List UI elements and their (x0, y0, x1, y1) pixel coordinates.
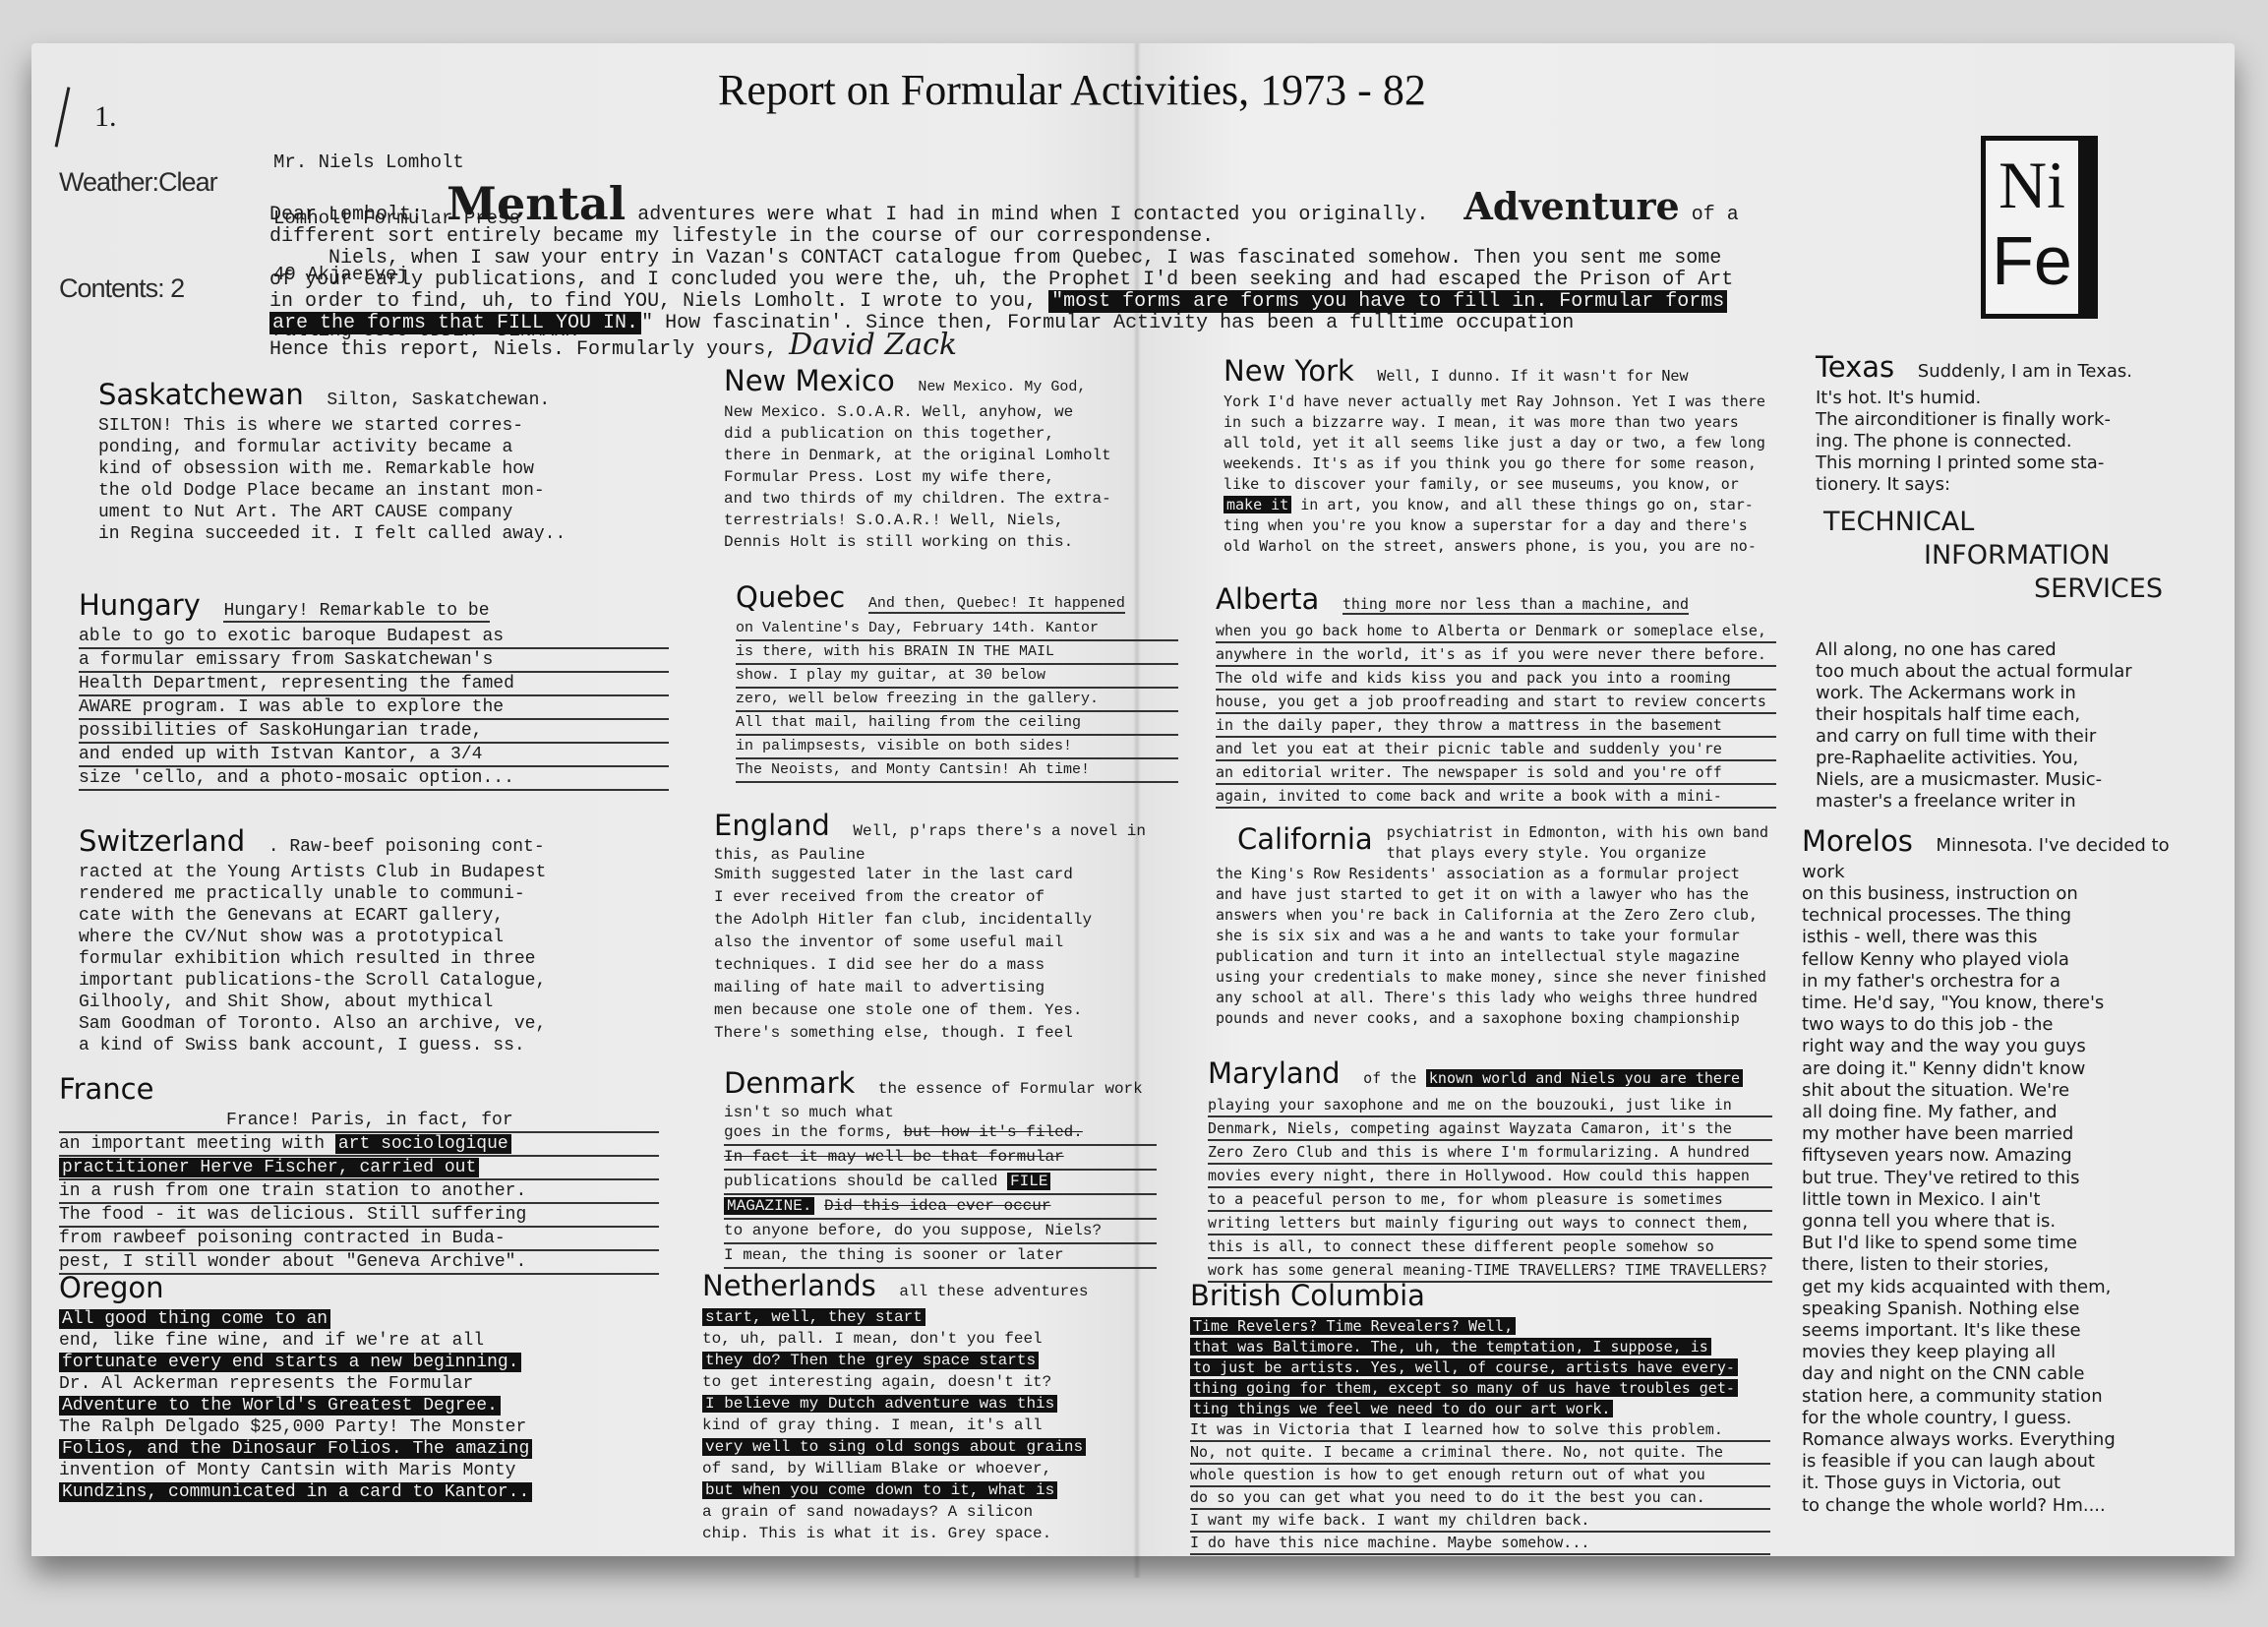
text-line: men because one stole one of them. Yes. (714, 999, 1147, 1022)
text-line: using your credentials to make money, si… (1216, 967, 1776, 988)
text-line: time. He'd say, "You know, there's (1802, 993, 2205, 1014)
section-switzerland: Switzerland . Raw-beef poisoning cont- r… (79, 824, 669, 1056)
highlighted-text: to just be artists. Yes, well, of course… (1190, 1358, 1738, 1376)
text-line: kind of obsession with me. Remarkable ho… (98, 458, 688, 480)
text-line: gonna tell you where that is. (1802, 1211, 2205, 1233)
section-body: able to go to exotic baroque Budapest as… (79, 626, 669, 791)
section-maryland: Maryland of the known world and Niels yo… (1208, 1056, 1772, 1283)
text-line: two ways to do this job - the (1802, 1014, 2205, 1036)
section-france: France France! Paris, in fact, for an im… (59, 1072, 659, 1275)
highlighted-text: they do? Then the grey space starts (702, 1352, 1039, 1369)
text-line: size 'cello, and a photo-mosaic option..… (79, 767, 669, 791)
text-line: Sam Goodman of Toronto. Also an archive,… (79, 1013, 669, 1035)
section-new-york: New York Well, I dunno. If it wasn't for… (1224, 354, 1774, 557)
section-body: Smith suggested later in the last cardI … (714, 864, 1147, 1045)
text-line: But I'd like to spend some time (1802, 1233, 2205, 1254)
section-alberta: Alberta thing more nor less than a machi… (1216, 582, 1776, 809)
text-line: speaking Spanish. Nothing else (1802, 1298, 2205, 1320)
text-line: is feasible if you can laugh about (1802, 1451, 2205, 1473)
text-line: there, listen to their stories, (1802, 1254, 2205, 1276)
section-heading: Saskatchewan (98, 378, 304, 411)
text-line: techniques. I did see her do a mass (714, 954, 1147, 977)
text-line: all told, yet it all seems like just a d… (1224, 433, 1774, 453)
section-lead: of the (1363, 1069, 1416, 1087)
highlighted-text: I believe my Dutch adventure was this (702, 1395, 1057, 1413)
highlighted-text: make it (1224, 496, 1291, 513)
section-california: California psychiatrist in Edmonton, wit… (1216, 822, 1776, 1029)
stationery-line: TECHNICAL (1816, 506, 2209, 539)
text-line: end, like fine wine, and if we're at all (59, 1331, 484, 1351)
text-line: chip. This is what it is. Grey space. (702, 1525, 1051, 1542)
text-line: ing. The phone is connected. (1816, 431, 2209, 452)
text-line: for the whole country, I guess. (1802, 1408, 2205, 1429)
letter-line: adventures were what I had in mind when … (637, 204, 1428, 226)
text-line: my mother have been married (1802, 1123, 2205, 1145)
text-line: in such a bizzarre way. I mean, it was m… (1224, 412, 1774, 433)
text-line: and carry on full time with their (1816, 726, 2209, 748)
section-heading: California (1237, 822, 1373, 856)
letter-closing: Hence this report, Niels. Formularly you… (269, 338, 777, 361)
text-line: right way and the way you guys (1802, 1036, 2205, 1057)
text-line: this is all, to connect these different … (1208, 1235, 1772, 1259)
text-line: It was in Victoria that I learned how to… (1190, 1419, 1770, 1442)
struck-text: In fact it may well be that formular (724, 1146, 1157, 1171)
section-body: SILTON! This is where we started corres-… (98, 415, 688, 545)
highlighted-text: Adventure to the World's Greatest Degree… (59, 1396, 501, 1416)
section-body: All good thing come to anend, like fine … (59, 1308, 649, 1503)
text-line: an important meeting with (59, 1134, 325, 1154)
text-line: a kind of Swiss bank account, I guess. s… (79, 1035, 669, 1056)
section-lead: Suddenly, I am in Texas. (1918, 361, 2132, 382)
text-line: little town in Mexico. I ain't (1802, 1189, 2205, 1211)
section-heading: Quebec (736, 580, 845, 614)
text-line: The Ralph Delgado $25,000 Party! The Mon… (59, 1417, 526, 1437)
text-line: there in Denmark, at the original Lomhol… (724, 445, 1176, 466)
text-line: shit about the situation. We're (1802, 1080, 2205, 1102)
highlighted-text: known world and Niels you are there (1426, 1069, 1743, 1087)
letter-line: in order to find, uh, to find YOU, Niels… (269, 290, 1037, 313)
text-line: No, not quite. I became a criminal there… (1190, 1442, 1770, 1465)
text-line: show. I play my guitar, at 30 below (736, 665, 1178, 689)
letter-line: different sort entirely became my lifest… (269, 226, 1951, 248)
text-line: house, you get a job proofreading and st… (1216, 691, 1776, 714)
deco-word-adventure: Adventure (1463, 184, 1679, 228)
text-line: goes in the forms, (724, 1123, 894, 1141)
section-body: start, well, they startto, uh, pall. I m… (702, 1306, 1155, 1544)
text-line: ponding, and formular activity became a (98, 437, 688, 458)
text-line: master's a freelance writer in (1816, 791, 2209, 813)
nife-logo: Ni Fe (1981, 136, 2098, 319)
text-line: in my father's orchestra for a (1802, 971, 2205, 993)
text-line: and ended up with Istvan Kantor, a 3/4 (79, 744, 669, 767)
text-line: day and night on the CNN cable (1802, 1363, 2205, 1385)
section-new-mexico: New Mexico New Mexico. My God, New Mexic… (724, 364, 1176, 553)
highlighted-text: practitioner Herve Fischer, carried out (59, 1158, 479, 1177)
text-line: a grain of sand nowadays? A silicon (702, 1503, 1033, 1521)
section-lead: thing more nor less than a machine, and (1343, 595, 1689, 615)
highlighted-text: fortunate every end starts a new beginni… (59, 1353, 521, 1372)
text-line: fiftyseven years now. Amazing (1802, 1145, 2205, 1167)
text-line: to a peaceful person to me, for whom ple… (1208, 1188, 1772, 1212)
section-heading: Hungary (79, 588, 201, 622)
text-line: when you go back home to Alberta or Denm… (1216, 620, 1776, 643)
text-line: This morning I printed some sta- (1816, 452, 2209, 474)
section-texas: Texas Suddenly, I am in Texas. It's hot.… (1816, 350, 2209, 813)
deco-word-mental: Mental (447, 177, 626, 230)
text-line: like to discover your family, or see mus… (1224, 474, 1774, 495)
text-line: Denmark, Niels, competing against Wayzat… (1208, 1117, 1772, 1141)
text-line: and have just started to get it on with … (1216, 884, 1776, 905)
section-heading: France (59, 1072, 645, 1106)
text-line: invention of Monty Cantsin with Maris Mo… (59, 1461, 515, 1480)
text-line: anywhere in the world, it's as if you we… (1216, 643, 1776, 667)
stationery-heading: TECHNICAL INFORMATION SERVICES (1816, 506, 2209, 606)
text-line: AWARE program. I was able to explore the (79, 696, 669, 720)
text-line: pre-Raphaelite activities. You, (1816, 748, 2209, 769)
letter-line: of a (1692, 204, 1739, 226)
text-line: All that mail, hailing from the ceiling (736, 712, 1178, 736)
highlighted-text: start, well, they start (702, 1308, 925, 1326)
section-body: All along, no one has caredtoo much abou… (1816, 639, 2209, 813)
highlighted-text: art sociologique (335, 1134, 511, 1154)
letter-line: of your early publications, and I conclu… (269, 270, 1951, 291)
section-heading: Denmark (724, 1066, 855, 1100)
text-line: answers when you're back in California a… (1216, 905, 1776, 926)
text-line: SILTON! This is where we started corres- (98, 415, 688, 437)
section-denmark: Denmark the essence of Formular work isn… (724, 1066, 1157, 1269)
section-lead: Silton, Saskatchewan. (327, 391, 550, 410)
highlighted-text: FILE (1007, 1173, 1050, 1190)
section-body: on this business, instruction ontechnica… (1802, 883, 2205, 1517)
text-line: ting when you're you know a superstar fo… (1224, 515, 1774, 536)
section-heading: Switzerland (79, 824, 245, 858)
section-heading: Texas (1816, 350, 1894, 384)
text-line: Formular Press. Lost my wife there, (724, 466, 1176, 488)
text-line: again, invited to come back and write a … (1216, 785, 1776, 809)
highlighted-text: that was Baltimore. The, uh, the temptat… (1190, 1338, 1711, 1356)
text-line: of sand, by William Blake or whoever, (702, 1460, 1051, 1477)
salutation: Dear Lomholt: (269, 204, 423, 226)
text-line: kind of gray thing. I mean, it's all (702, 1416, 1043, 1434)
section-heading: Maryland (1208, 1056, 1341, 1090)
text-line: seems important. It's like these (1802, 1320, 2205, 1342)
highlighted-quote: "most forms are forms you have to fill i… (1048, 290, 1727, 313)
text-line: cate with the Genevans at ECART gallery, (79, 905, 669, 927)
highlighted-text: but when you come down to it, what is (702, 1481, 1057, 1499)
text-line: get my kids acquainted with them, (1802, 1277, 2205, 1298)
text-line: in palimpsests, visible on both sides! (736, 736, 1178, 759)
text-line: also the inventor of some useful mail (714, 932, 1147, 954)
highlighted-text: All good thing come to an (59, 1309, 330, 1329)
highlighted-text: Time Revelers? Time Revealers? Well, (1190, 1317, 1516, 1335)
text-line: Niels, are a musicmaster. Music- (1816, 769, 2209, 791)
text-line: writing letters but mainly figuring out … (1208, 1212, 1772, 1235)
highlighted-text: thing going for them, except so many of … (1190, 1379, 1738, 1397)
text-line: movies every night, there in Hollywood. … (1208, 1165, 1772, 1188)
text-line: from rawbeef poisoning contracted in Bud… (59, 1228, 659, 1251)
section-heading: Oregon (59, 1271, 635, 1304)
text-line: on Valentine's Day, February 14th. Kanto… (736, 618, 1178, 641)
text-line: York I'd have never actually met Ray Joh… (1224, 392, 1774, 412)
text-line: the Adolph Hitler fan club, incidentally (714, 909, 1147, 932)
highlighted-text: MAGAZINE. (724, 1197, 814, 1215)
text-line: Zero Zero Club and this is where I'm for… (1208, 1141, 1772, 1165)
text-line: in the daily paper, they throw a mattres… (1216, 714, 1776, 738)
text-line: the old Dodge Place became an instant mo… (98, 480, 688, 502)
text-line: to, uh, pall. I mean, don't you feel (702, 1330, 1043, 1348)
text-line: isthis - well, there was this (1802, 927, 2205, 948)
text-line: able to go to exotic baroque Budapest as (79, 626, 669, 649)
section-body: York I'd have never actually met Ray Joh… (1224, 392, 1774, 495)
text-line: playing your saxophone and me on the bou… (1208, 1094, 1772, 1117)
text-line: station here, a community station (1802, 1386, 2205, 1408)
text-line: fellow Kenny who played viola (1802, 949, 2205, 971)
text-line: she is six six and was a he and wants to… (1216, 926, 1776, 946)
text-line: The old wife and kids kiss you and pack … (1216, 667, 1776, 691)
text-line: any school at all. There's this lady who… (1216, 988, 1776, 1008)
text-line: all doing fine. My father, and (1802, 1102, 2205, 1123)
section-body: New Mexico. S.O.A.R. Well, anyhow, wedid… (724, 401, 1176, 553)
text-line: It's hot. It's humid. (1816, 388, 2209, 409)
address-line: Mr. Niels Lomholt (273, 153, 576, 172)
highlighted-text: Folios, and the Dinosaur Folios. The ama… (59, 1439, 532, 1459)
section-netherlands: Netherlands all these adventures start, … (702, 1269, 1155, 1544)
section-england: England Well, p'raps there's a novel in … (714, 809, 1147, 1045)
signature: David Zack (789, 328, 957, 362)
section-body: ting when you're you know a superstar fo… (1224, 515, 1774, 557)
text-line: ument to Nut Art. The ART CAUSE company (98, 502, 688, 523)
text-line: mailing of hate mail to advertising (714, 977, 1147, 999)
text-line: but true. They've retired to this (1802, 1168, 2205, 1189)
text-line: is there, with his BRAIN IN THE MAIL (736, 641, 1178, 665)
letter-line: " How fascinatin'. Since then, Formular … (641, 312, 1574, 334)
text-line: in Regina succeeded it. I felt called aw… (98, 523, 688, 545)
struck-text: Did this idea ever occur (824, 1197, 1050, 1215)
text-line: zero, well below freezing in the gallery… (736, 689, 1178, 712)
text-line: to change the whole world? Hm.... (1802, 1495, 2205, 1517)
highlighted-text: Kundzins, communicated in a card to Kant… (59, 1482, 532, 1502)
text-line: I do have this nice machine. Maybe someh… (1190, 1533, 1770, 1555)
text-line: are doing it." Kenny didn't know (1802, 1058, 2205, 1080)
text-line: to anyone before, do you suppose, Niels? (724, 1220, 1157, 1244)
logo-ni: Ni (1986, 147, 2078, 223)
text-line: pounds and never cooks, and a saxophone … (1216, 1008, 1776, 1029)
section-heading: New Mexico (724, 364, 895, 397)
section-morelos: Morelos Minnesota. I've decided to work … (1802, 824, 2205, 1517)
text-line: publications should be called (724, 1173, 997, 1190)
section-body: the King's Row Residents' association as… (1216, 864, 1776, 1029)
text-line: racted at the Young Artists Club in Buda… (79, 862, 669, 883)
text-line: technical processes. The thing (1802, 905, 2205, 927)
text-line: and two thirds of my children. The extra… (724, 488, 1176, 510)
text-line: their hospitals half time each, (1816, 704, 2209, 726)
section-body: playing your saxophone and me on the bou… (1208, 1094, 1772, 1283)
section-saskatchewan: Saskatchewan Silton, Saskatchewan. SILTO… (98, 378, 688, 545)
section-body: on Valentine's Day, February 14th. Kanto… (736, 618, 1178, 783)
text-line: movies they keep playing all (1802, 1342, 2205, 1363)
text-line: I want my wife back. I want my children … (1190, 1510, 1770, 1533)
text-line: it. Those guys in Victoria, out (1802, 1473, 2205, 1494)
text-line: terrestrials! S.O.A.R.! Well, Niels, (724, 510, 1176, 531)
text-line: on this business, instruction on (1802, 883, 2205, 905)
text-line: I mean, the thing is sooner or later (724, 1244, 1157, 1269)
cover-letter: Dear Lomholt: Mental adventures were wha… (269, 193, 1951, 361)
text-line: The airconditioner is finally work- (1816, 409, 2209, 431)
text-line: tionery. It says: (1816, 474, 2209, 496)
section-heading: Alberta (1216, 582, 1319, 616)
text-line: Gilhooly, and Shit Show, about mythical (79, 992, 669, 1013)
page-number: 1. (94, 100, 117, 134)
text-line: Romance always works. Everything (1802, 1429, 2205, 1451)
stationery-line: SERVICES (1816, 572, 2209, 606)
section-lead: And then, Quebec! It happened (868, 595, 1125, 614)
contents-note: Contents: 2 (59, 273, 184, 304)
text-line: The Neoists, and Monty Cantsin! Ah time! (736, 759, 1178, 783)
text-line: weekends. It's as if you think you go th… (1224, 453, 1774, 474)
text-line: a formular emissary from Saskatchewan's (79, 649, 669, 673)
text-line: did a publication on this together, (724, 423, 1176, 445)
text-line: whole question is how to get enough retu… (1190, 1465, 1770, 1487)
text-line: Health Department, representing the fame… (79, 673, 669, 696)
section-lead: . Raw-beef poisoning cont- (269, 837, 545, 857)
section-lead: all these adventures (899, 1283, 1088, 1300)
section-body: when you go back home to Alberta or Denm… (1216, 620, 1776, 809)
text-line: The food - it was delicious. Still suffe… (59, 1204, 659, 1228)
text-line: in a rush from one train station to anot… (59, 1180, 659, 1204)
section-oregon: Oregon All good thing come to anend, lik… (59, 1271, 649, 1503)
section-heading: Morelos (1802, 824, 1913, 858)
stationery-line: INFORMATION (1816, 539, 2209, 572)
section-body-highlighted: Time Revelers? Time Revealers? Well,that… (1190, 1316, 1770, 1419)
text-line: work. The Ackermans work in (1816, 683, 2209, 704)
text-line: to get interesting again, doesn't it? (702, 1373, 1051, 1391)
section-lead: New Mexico. My God, (918, 379, 1086, 395)
text-line: an editorial writer. The newspaper is so… (1216, 761, 1776, 785)
section-body: goes in the forms, but how it's filed. I… (724, 1121, 1157, 1269)
section-quebec: Quebec And then, Quebec! It happened on … (736, 580, 1178, 783)
text-line: There's something else, though. I feel (714, 1022, 1147, 1045)
section-body: It was in Victoria that I learned how to… (1190, 1419, 1770, 1555)
highlighted-quote: are the forms that FILL YOU IN. (269, 312, 641, 334)
text-line: New Mexico. S.O.A.R. Well, anyhow, we (724, 401, 1176, 423)
text-line: possibilities of SaskoHungarian trade, (79, 720, 669, 744)
text-line: Dr. Al Ackerman represents the Formular (59, 1374, 473, 1394)
text-line: Smith suggested later in the last card (714, 864, 1147, 886)
text-line: the King's Row Residents' association as… (1216, 864, 1776, 884)
document-title: Report on Formular Activities, 1973 - 82 (718, 65, 1426, 115)
section-heading: Netherlands (702, 1269, 876, 1302)
text-line: I ever received from the creator of (714, 886, 1147, 909)
text-line: where the CV/Nut show was a prototypical (79, 927, 669, 948)
weather-note: Weather:Clear (59, 167, 217, 198)
text-line: old Warhol on the street, answers phone,… (1224, 536, 1774, 557)
section-heading: British Columbia (1190, 1279, 1425, 1312)
logo-fe: Fe (1986, 223, 2078, 298)
section-heading: New York (1224, 354, 1354, 388)
section-heading: England (714, 809, 830, 842)
section-lead: Hungary! Remarkable to be (223, 601, 489, 623)
section-body: racted at the Young Artists Club in Buda… (79, 862, 669, 1056)
text-line: and let you eat at their picnic table an… (1216, 738, 1776, 761)
section-body: It's hot. It's humid.The airconditioner … (1816, 388, 2209, 496)
section-hungary: Hungary Hungary! Remarkable to be able t… (79, 588, 669, 791)
section-lead: psychiatrist in Edmonton, with his own b… (1387, 823, 1768, 862)
text-line: All along, no one has cared (1816, 639, 2209, 661)
section-british-columbia: British Columbia Time Revelers? Time Rev… (1190, 1279, 1770, 1555)
struck-text: but how it's filed. (903, 1123, 1082, 1141)
text-line: important publications-the Scroll Catalo… (79, 970, 669, 992)
text-line: Dennis Holt is still working on this. (724, 531, 1176, 553)
text-line: do so you can get what you need to do it… (1190, 1487, 1770, 1510)
section-lead: France! Paris, in fact, for (59, 1110, 659, 1133)
highlighted-text: very well to sing old songs about grains (702, 1438, 1086, 1456)
section-lead: Well, I dunno. If it wasn't for New (1377, 367, 1688, 385)
text-line: rendered me practically unable to commun… (79, 883, 669, 905)
text-line: in art, you know, and all these things g… (1300, 496, 1754, 513)
text-line: too much about the actual formular (1816, 661, 2209, 683)
text-line: formular exhibition which resulted in th… (79, 948, 669, 970)
highlighted-text: ting things we feel we need to do our ar… (1190, 1400, 1613, 1417)
letter-line: Niels, when I saw your entry in Vazan's … (269, 248, 1951, 270)
section-body: France! Paris, in fact, for an important… (59, 1110, 659, 1275)
text-line: publication and turn it into an intellec… (1216, 946, 1776, 967)
